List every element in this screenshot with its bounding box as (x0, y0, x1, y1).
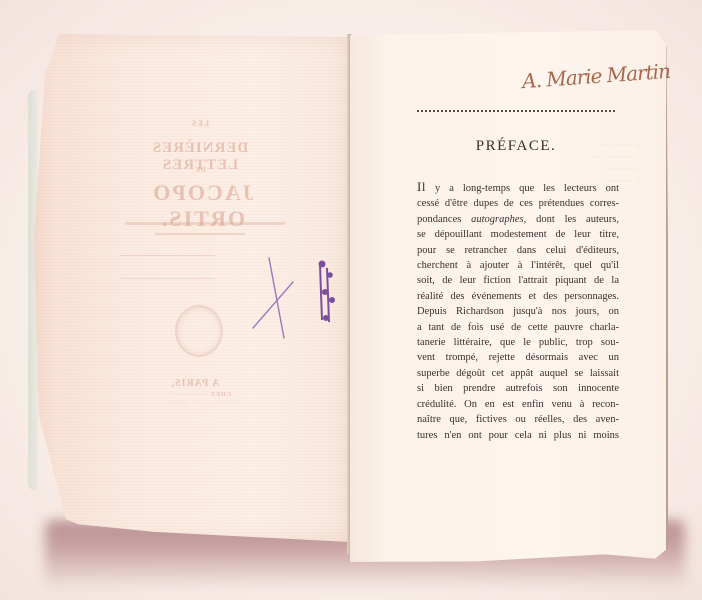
text-line: soit, de leur fiction l'attrait piquant … (417, 273, 619, 288)
text-line: crédulité. On en est enfin venu à recon- (417, 397, 619, 412)
bleed-a-paris: A PARIS, (165, 378, 225, 389)
bleed-emblem (175, 305, 223, 357)
text-line: tures n'en ont pour cela ni plus ni moin… (417, 428, 619, 443)
text-line: si bien prendre autrefois son innocente (417, 381, 619, 396)
preface-text: Il y a long-temps que les lecteurs ont c… (417, 179, 619, 443)
text-line: vent trompé, rejette désormais avec un (417, 350, 619, 365)
text-line: superbe dégoût cet appât auquel se laiss… (417, 366, 619, 381)
text-line: cherchent à ajouter à l'intérêt, quel qu… (417, 258, 619, 273)
bleed-epigraph-box (120, 255, 215, 279)
text-line: se dépouillant modestement de leur titre… (417, 227, 619, 242)
left-page (34, 34, 350, 542)
italic-run: autographes (471, 214, 524, 225)
bleed-address: ·········· ··· ····· ········ (135, 402, 275, 407)
bleed-line: · ·· ··· ····· (560, 164, 640, 176)
page-title: PRÉFACE. (417, 138, 615, 155)
text-line: pour se retrancher dans celui d'éditeurs… (417, 243, 619, 258)
text-run: y a long-temps que les lecteurs ont (426, 183, 619, 194)
text-line: cessé d'être dupes de ces prétendues cor… (417, 196, 619, 211)
dotted-rule (417, 110, 615, 112)
text-run: pondances (417, 214, 471, 225)
text-run: , dont les auteurs, (524, 214, 619, 225)
bleed-les: LES (180, 119, 220, 128)
text-line: pondances autographes, dont les auteurs, (417, 212, 619, 227)
open-book: LES DERNIÈRES LETTRES DE JACOPO ORTIS. A… (0, 0, 702, 600)
text-line: tanerie littéraire, que le public, trop … (417, 335, 619, 350)
text-line: naître que, fictives ou réelles, des ave… (417, 412, 619, 427)
text-line: Il y a long-temps que les lecteurs ont (417, 179, 619, 196)
text-line: a tant de fois usé de cette pauvre charl… (417, 320, 619, 335)
text-line: Depuis Richardson jusqu'à nos jours, on (417, 304, 619, 319)
drop-cap: Il (417, 179, 426, 194)
bleed-rule (155, 233, 245, 235)
bleed-publisher: CHEZ ·· ·········· (135, 392, 265, 398)
bleed-rule (125, 222, 285, 225)
bleed-de: DE (185, 166, 215, 174)
text-line: réalité des événements et des personnage… (417, 289, 619, 304)
